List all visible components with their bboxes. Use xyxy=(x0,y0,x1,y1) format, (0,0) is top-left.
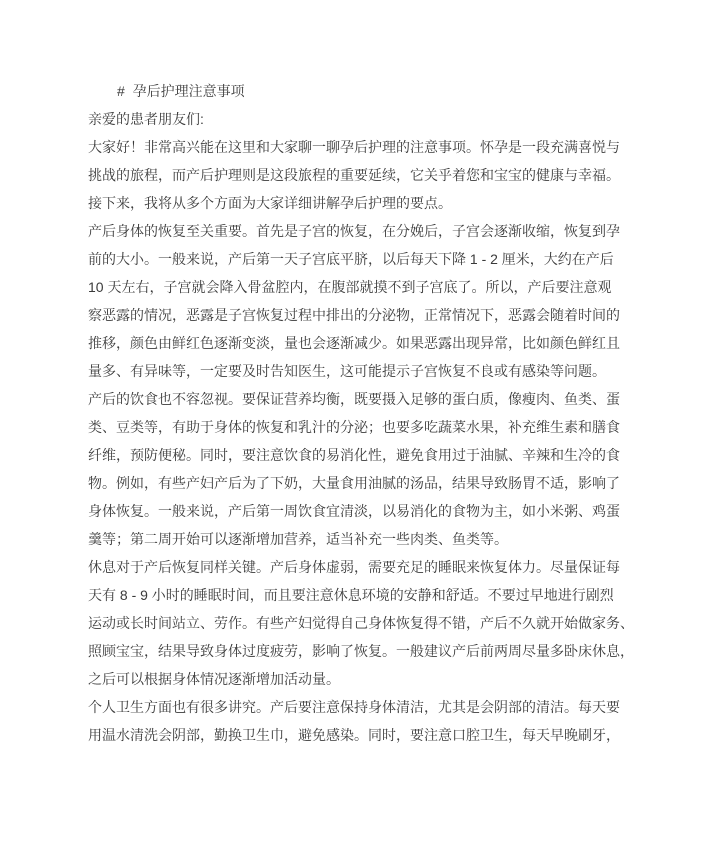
text-line: 量多、有异味等，一定要及时告知医生，这可能提示子宫恢复不良或有感染等问题。 xyxy=(88,357,630,385)
text-line: 接下来，我将从多个方面为大家详细讲解孕后护理的要点。 xyxy=(88,189,630,217)
text-line: 纤维，预防便秘。同时，要注意饮食的易消化性，避免食用过于油腻、辛辣和生冷的食 xyxy=(88,441,630,469)
text-line: 推移，颜色由鲜红色逐渐变淡，量也会逐渐减少。如果恶露出现异常，比如颜色鲜红且 xyxy=(88,329,630,357)
text-line: 类、豆类等，有助于身体的恢复和乳汁的分泌；也要多吃蔬菜水果，补充维生素和膳食 xyxy=(88,413,630,441)
paragraph-body-recovery: 产后身体的恢复至关重要。首先是子宫的恢复，在分娩后，子宫会逐渐收缩，恢复到孕 前… xyxy=(88,217,630,385)
text-line: 身体恢复。一般来说，产后第一周饮食宜清淡，以易消化的食物为主，如小米粥、鸡蛋 xyxy=(88,497,630,525)
text-line: 大家好！非常高兴能在这里和大家聊一聊孕后护理的注意事项。怀孕是一段充满喜悦与 xyxy=(88,133,630,161)
text-line: 之后可以根据身体情况逐渐增加活动量。 xyxy=(88,665,630,693)
text-line: 产后身体的恢复至关重要。首先是子宫的恢复，在分娩后，子宫会逐渐收缩，恢复到孕 xyxy=(88,217,630,245)
paragraph-rest: 休息对于产后恢复同样关键。产后身体虚弱，需要充足的睡眠来恢复体力。尽量保证每 天… xyxy=(88,553,630,693)
text-line: 运动或长时间站立、劳作。有些产妇觉得自己身体恢复得不错，产后不久就开始做家务、 xyxy=(88,609,630,637)
text-line: 产后的饮食也不容忽视。要保证营养均衡，既要摄入足够的蛋白质，像瘦肉、鱼类、蛋 xyxy=(88,385,630,413)
document-title: # 孕后护理注意事项 xyxy=(88,77,630,105)
text-line: 察恶露的情况，恶露是子宫恢复过程中排出的分泌物，正常情况下，恶露会随着时间的 xyxy=(88,301,630,329)
text-line: 休息对于产后恢复同样关键。产后身体虚弱，需要充足的睡眠来恢复体力。尽量保证每 xyxy=(88,553,630,581)
paragraph-hygiene: 个人卫生方面也有很多讲究。产后要注意保持身体清洁，尤其是会阴部的清洁。每天要 用… xyxy=(88,693,630,749)
text-line: 物。例如，有些产妇产后为了下奶，大量食用油腻的汤品，结果导致肠胃不适，影响了 xyxy=(88,469,630,497)
text-line: 用温水清洗会阴部，勤换卫生巾，避免感染。同时，要注意口腔卫生，每天早晚刷牙， xyxy=(88,721,630,749)
salutation: 亲爱的患者朋友们: xyxy=(88,105,630,133)
text-line: 天有 8 - 9 小时的睡眠时间，而且要注意休息环境的安静和舒适。不要过早地进行… xyxy=(88,581,630,609)
text-line: 挑战的旅程，而产后护理则是这段旅程的重要延续，它关乎着您和宝宝的健康与幸福。 xyxy=(88,161,630,189)
text-line: 前的大小。一般来说，产后第一天子宫底平脐，以后每天下降 1 - 2 厘米，大约在… xyxy=(88,245,630,273)
text-line: 羹等；第二周开始可以逐渐增加营养，适当补充一些肉类、鱼类等。 xyxy=(88,525,630,553)
text-line: 10 天左右，子宫就会降入骨盆腔内，在腹部就摸不到子宫底了。所以，产后要注意观 xyxy=(88,273,630,301)
paragraph-diet: 产后的饮食也不容忽视。要保证营养均衡，既要摄入足够的蛋白质，像瘦肉、鱼类、蛋 类… xyxy=(88,385,630,553)
paragraph-intro: 大家好！非常高兴能在这里和大家聊一聊孕后护理的注意事项。怀孕是一段充满喜悦与 挑… xyxy=(88,133,630,217)
text-line: 照顾宝宝，结果导致身体过度疲劳，影响了恢复。一般建议产后前两周尽量多卧床休息， xyxy=(88,637,630,665)
document-page: # 孕后护理注意事项 亲爱的患者朋友们: 大家好！非常高兴能在这里和大家聊一聊孕… xyxy=(0,0,708,841)
text-line: 个人卫生方面也有很多讲究。产后要注意保持身体清洁，尤其是会阴部的清洁。每天要 xyxy=(88,693,630,721)
